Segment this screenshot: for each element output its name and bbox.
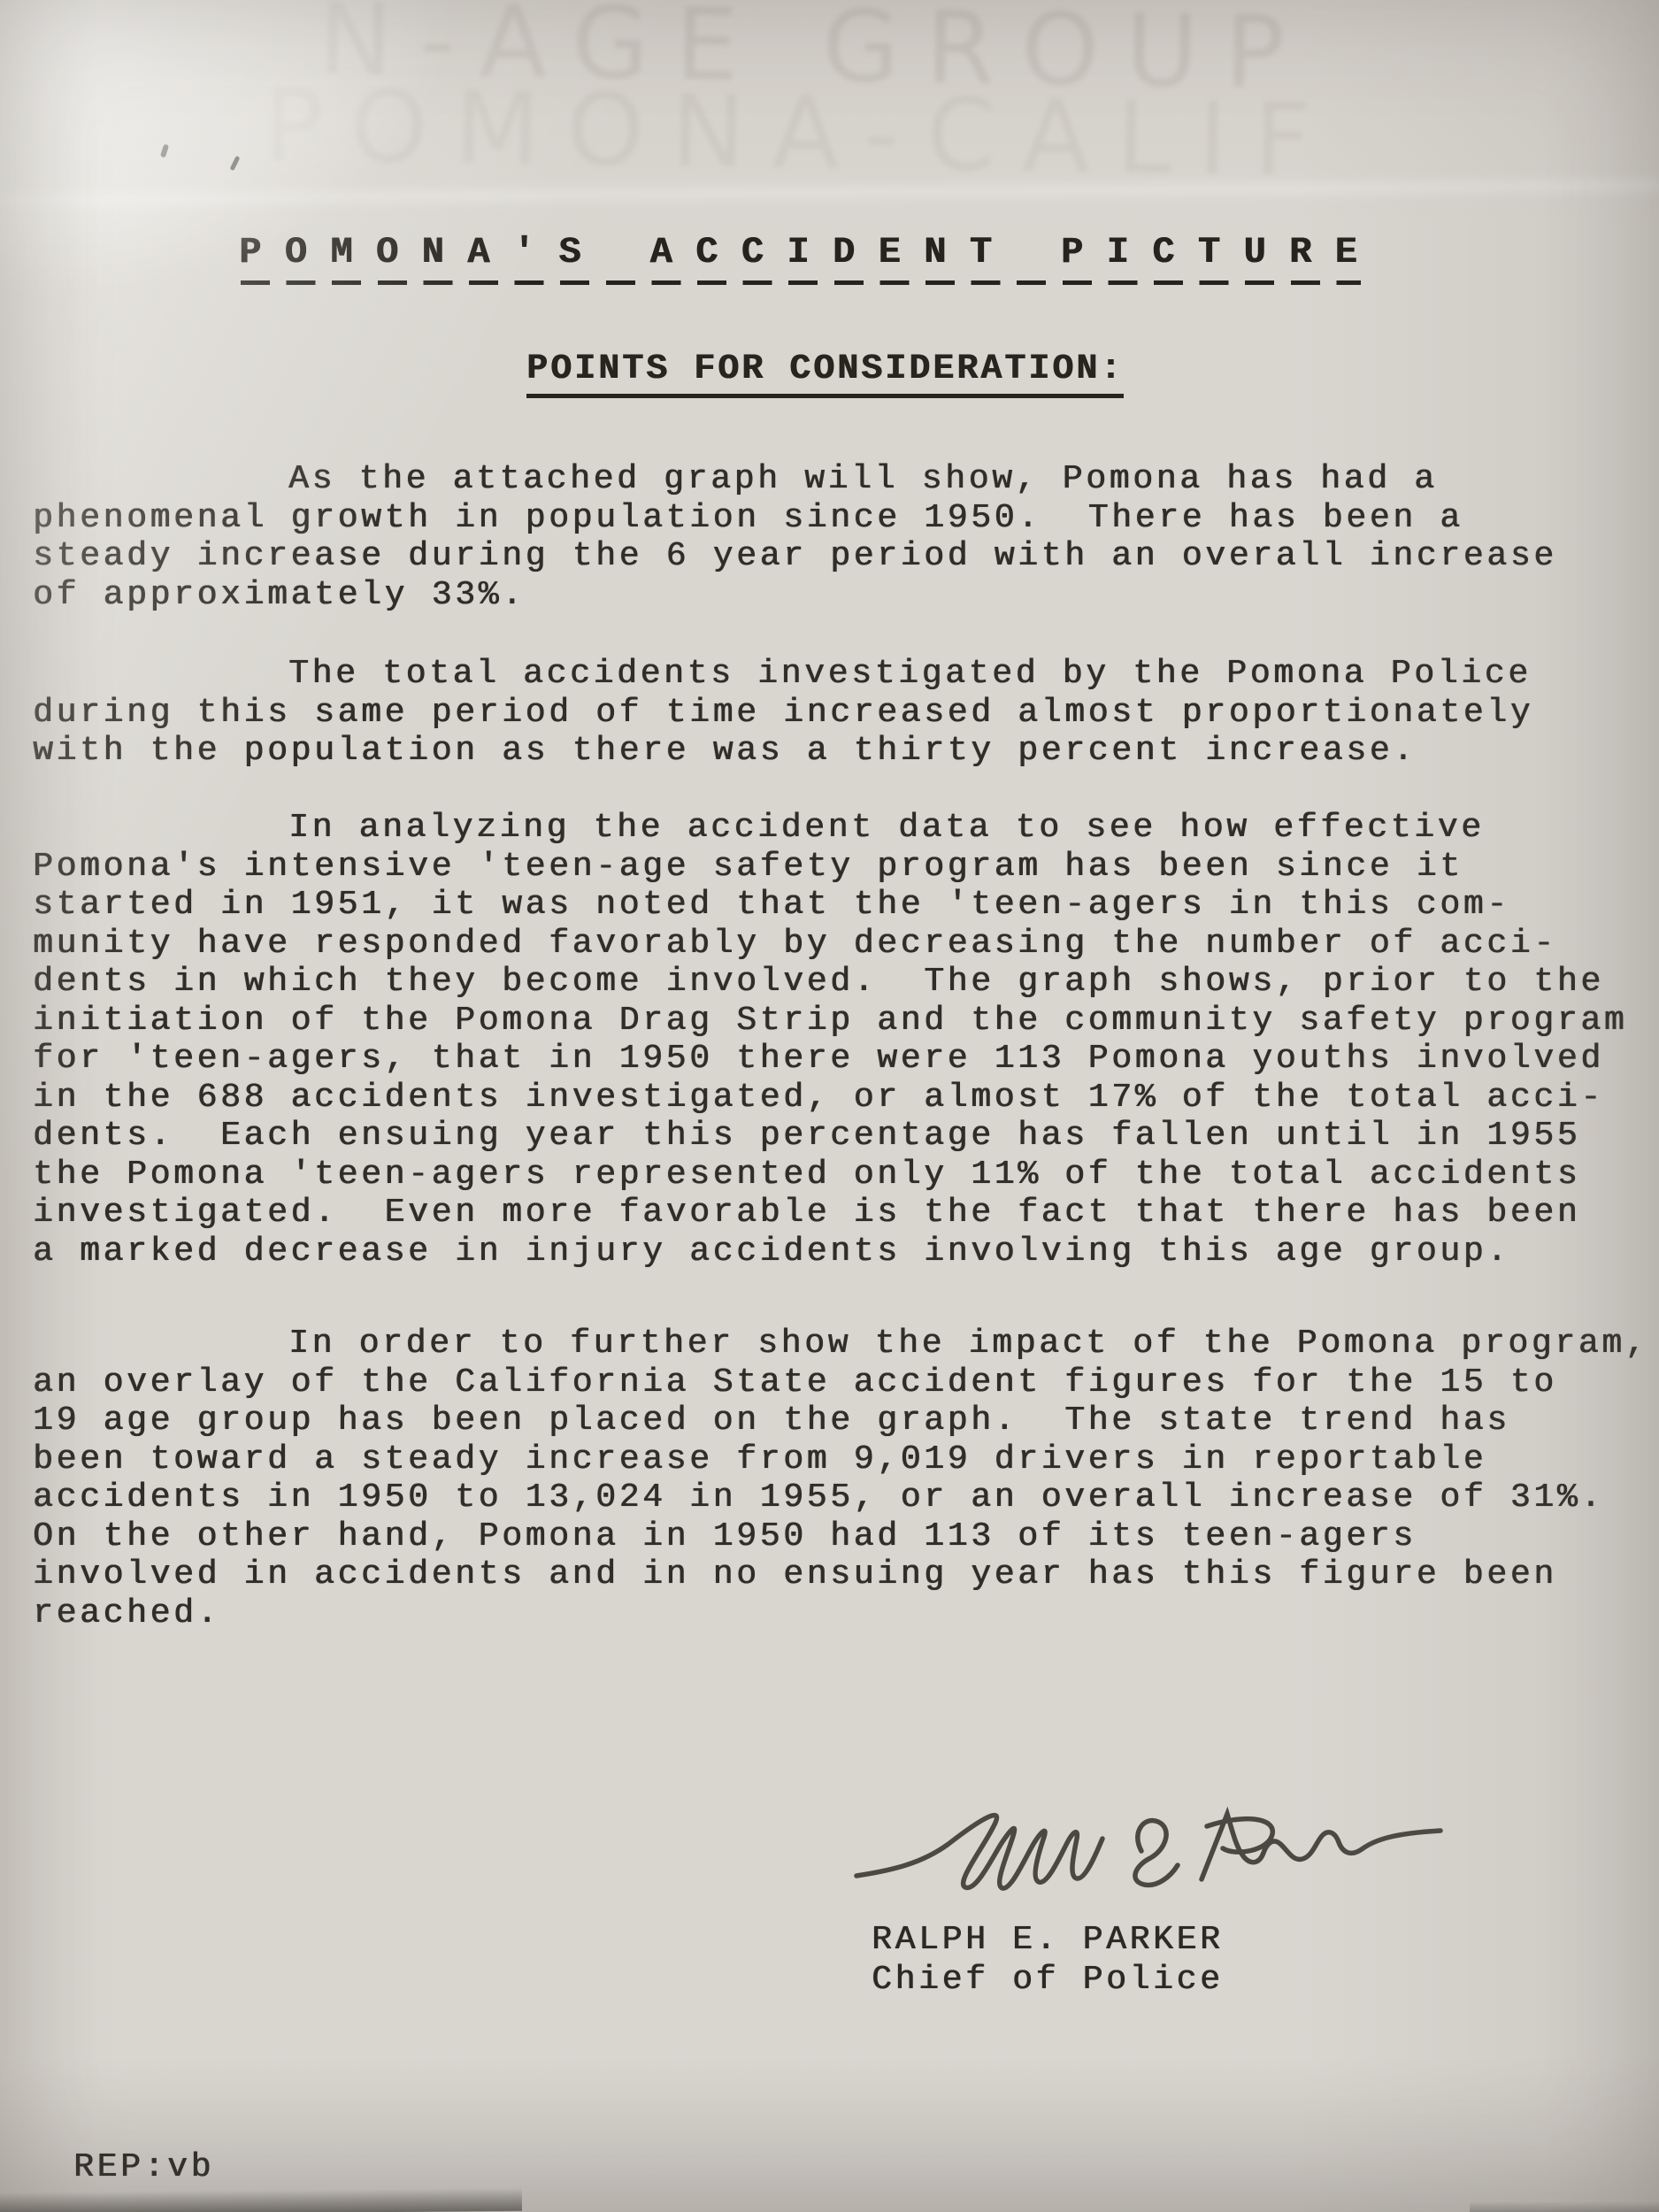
photo-edge-shadow bbox=[0, 2188, 522, 2212]
section-heading: POINTS FOR CONSIDERATION: bbox=[526, 350, 1124, 398]
page-title: POMONA'S ACCIDENT PICTURE bbox=[239, 232, 1380, 285]
signature-handwriting bbox=[849, 1794, 1469, 1936]
paragraph-3: In analyzing the accident data to see ho… bbox=[33, 809, 1627, 1271]
signer-block: RALPH E. PARKER Chief of Police bbox=[872, 1920, 1224, 2000]
signer-name: RALPH E. PARKER bbox=[872, 1921, 1224, 1959]
ghost-bleedthrough-line-2: POMONA-CALIF bbox=[263, 69, 1338, 199]
stray-mark bbox=[160, 143, 169, 157]
paragraph-1: As the attached graph will show, Pomona … bbox=[33, 460, 1557, 614]
document-page: N-AGE GROUP POMONA-CALIF POMONA'S ACCIDE… bbox=[0, 0, 1659, 2212]
paragraph-4: In order to further show the impact of t… bbox=[33, 1325, 1648, 1632]
ghost-bleedthrough-line-1: N-AGE GROUP bbox=[318, 0, 1312, 111]
stray-mark bbox=[230, 156, 241, 171]
typist-reference: REP:vb bbox=[73, 2148, 214, 2187]
paper-crease bbox=[0, 180, 1659, 205]
paragraph-2: The total accidents investigated by the … bbox=[33, 655, 1533, 771]
signer-title: Chief of Police bbox=[872, 1961, 1224, 1999]
photo-edge-shadow bbox=[1470, 2201, 1659, 2212]
signature-ink-icon bbox=[849, 1794, 1469, 1936]
